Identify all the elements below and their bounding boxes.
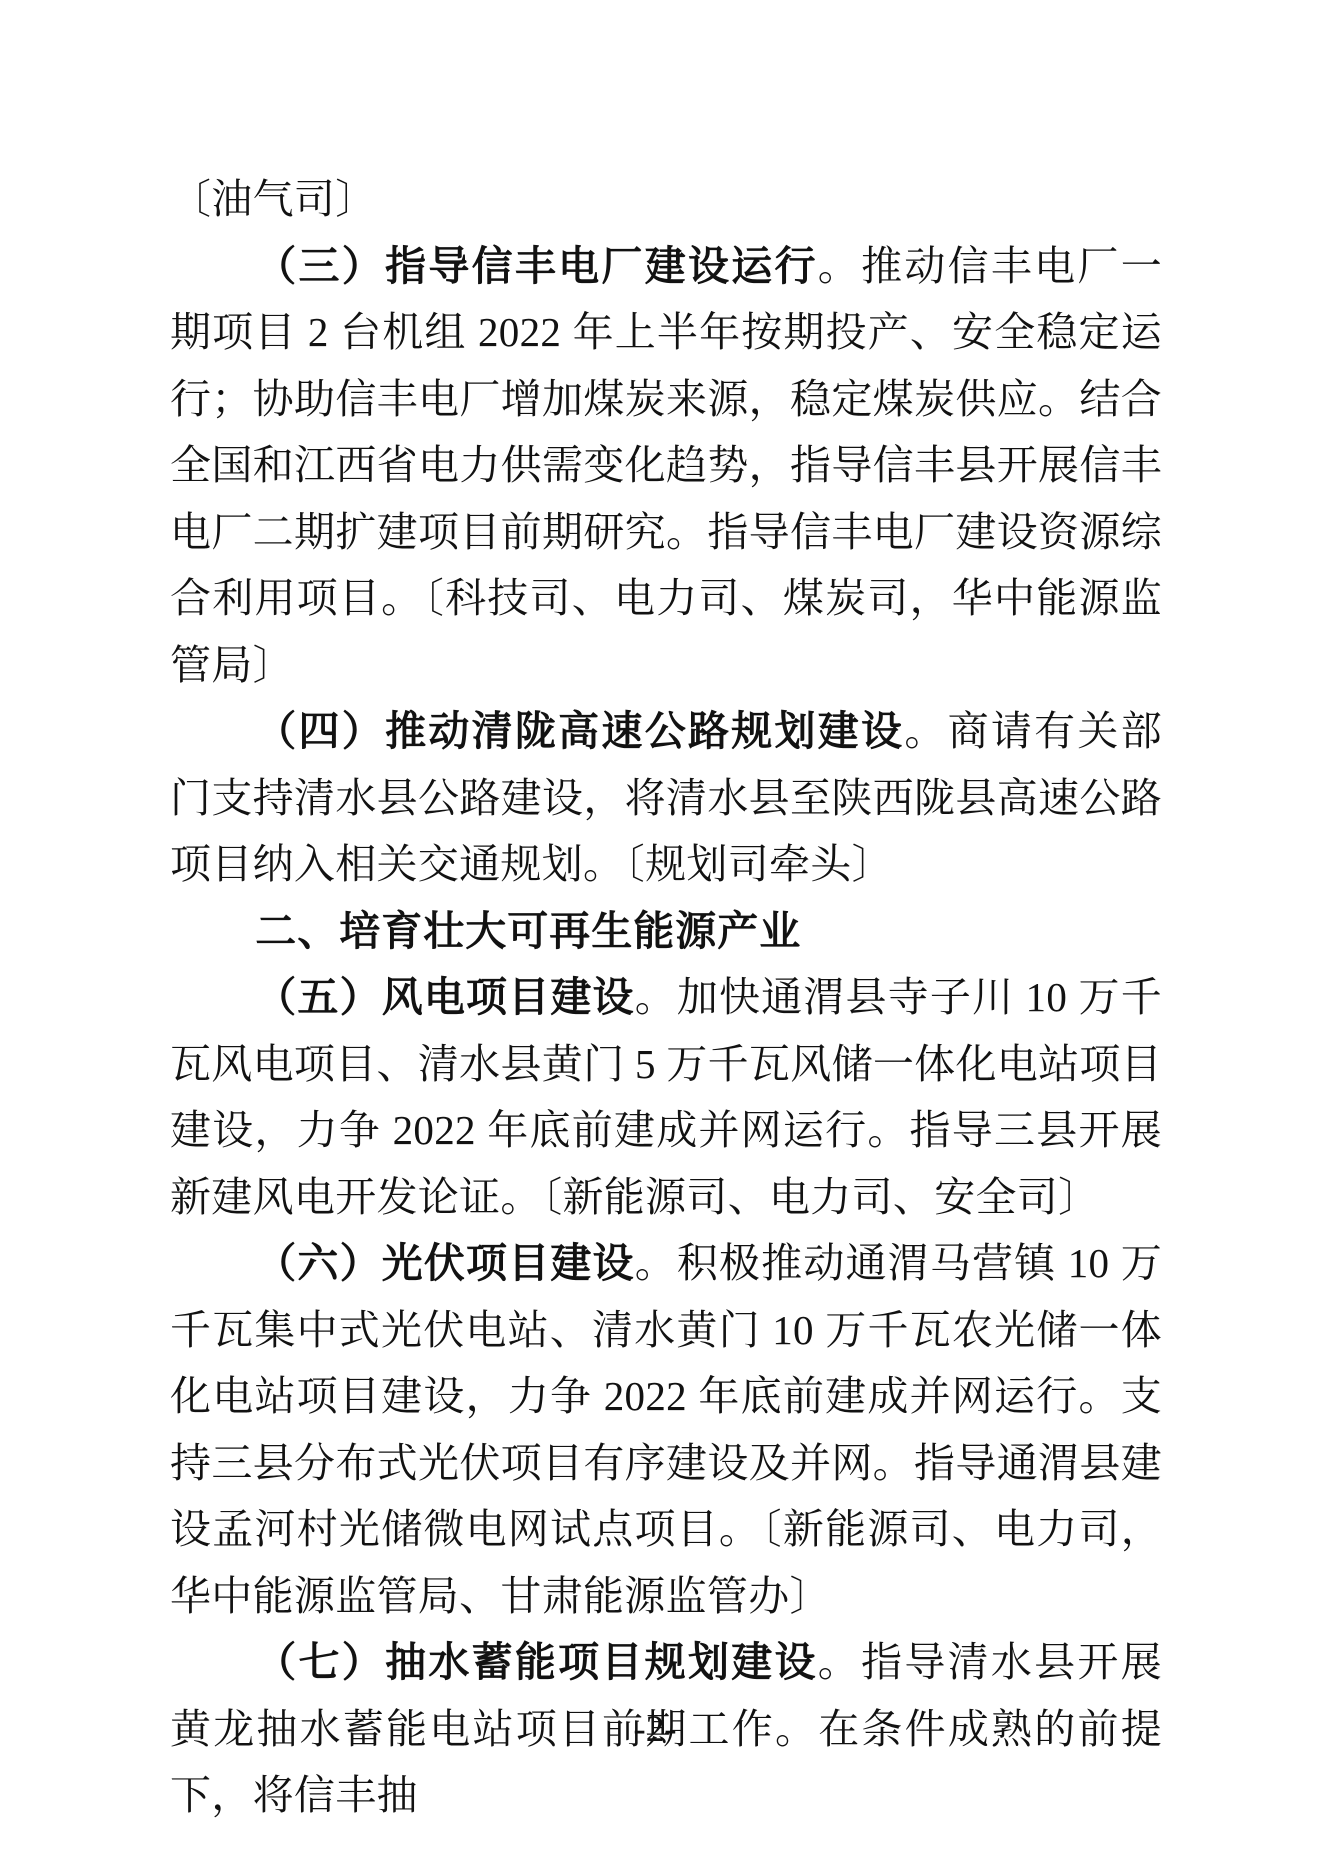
item-title: （四）推动清陇高速公路规划建设: [255, 708, 904, 754]
paragraph-item-5: （五）风电项目建设。加快通渭县寺子川 10 万千瓦风电项目、清水县黄门 5 万千…: [170, 964, 1162, 1230]
paragraph-item-6: （六）光伏项目建设。积极推动通渭马营镇 10 万千瓦集中式光伏电站、清水黄门 1…: [170, 1230, 1162, 1629]
item-title: （五）风电项目建设: [255, 974, 634, 1020]
page-footer: -2-: [0, 1705, 1310, 1755]
section-heading-2: 二、培育壮大可再生能源产业: [170, 898, 1162, 965]
paragraph-item-4: （四）推动清陇高速公路规划建设。商请有关部门支持清水县公路建设，将清水县至陕西陇…: [170, 698, 1162, 898]
document-page: 〔油气司〕（三）指导信丰电厂建设运行。推动信丰电厂一期项目 2 台机组 2022…: [0, 0, 1323, 1871]
paragraph-text: 。推动信丰电厂一期项目 2 台机组 2022 年上半年按期投产、安全稳定运行；协…: [170, 243, 1162, 688]
paragraph-text: 〔油气司〕: [170, 176, 377, 222]
item-title: （六）光伏项目建设: [255, 1240, 634, 1286]
document-body: 〔油气司〕（三）指导信丰电厂建设运行。推动信丰电厂一期项目 2 台机组 2022…: [170, 166, 1162, 1829]
item-title: （七）抽水蓄能项目规划建设: [255, 1639, 818, 1685]
page-number: -2-: [633, 1709, 676, 1750]
item-title: （三）指导信丰电厂建设运行: [255, 243, 818, 289]
paragraph-item-3: （三）指导信丰电厂建设运行。推动信丰电厂一期项目 2 台机组 2022 年上半年…: [170, 233, 1162, 699]
paragraph-text: 二、培育壮大可再生能源产业: [255, 908, 801, 954]
paragraph-dept-tag-continuation: 〔油气司〕: [170, 166, 1162, 233]
paragraph-text: 。积极推动通渭马营镇 10 万千瓦集中式光伏电站、清水黄门 10 万千瓦农光储一…: [170, 1240, 1162, 1619]
